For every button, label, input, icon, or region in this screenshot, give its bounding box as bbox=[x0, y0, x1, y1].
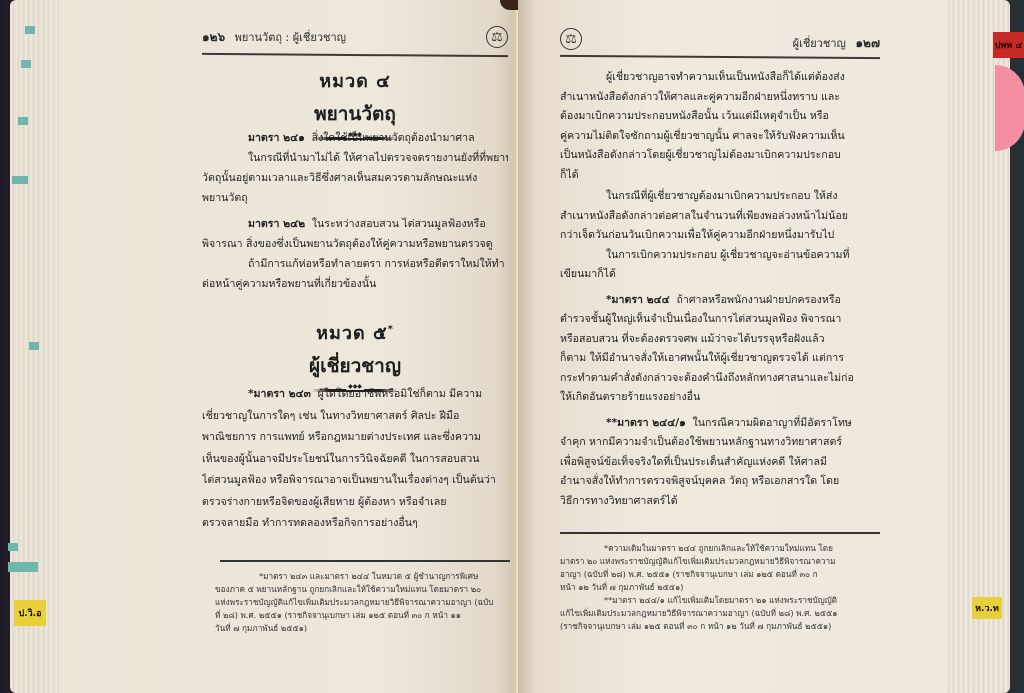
red-index-tab[interactable]: ปพพ ๔ bbox=[993, 32, 1024, 58]
footnote-rule bbox=[560, 532, 880, 534]
right-body: ผู้เชี่ยวชาญอาจทำความเห็นเป็นหนังสือก็ได… bbox=[560, 68, 880, 517]
index-tab[interactable] bbox=[18, 117, 28, 125]
left-running-head: ๑๒๖ พยานวัตถุ : ผู้เชี่ยวชาญ ⚖ bbox=[202, 28, 508, 56]
header-rule bbox=[560, 55, 880, 59]
right-running-title: ผู้เชี่ยวชาญ bbox=[793, 37, 846, 50]
right-running-head: ⚖ ผู้เชี่ยวชาญ ๑๒๗ bbox=[560, 30, 880, 58]
index-tab[interactable] bbox=[8, 543, 18, 551]
index-tab[interactable] bbox=[21, 60, 31, 68]
index-tab[interactable] bbox=[29, 342, 39, 350]
section-label: *มาตรา ๒๔๓ bbox=[248, 388, 311, 400]
header-rule bbox=[202, 53, 508, 57]
chapter-5-heading: หมวด ๕* ผู้เชี่ยวชาญ bbox=[200, 318, 510, 392]
expert-opinion-paragraph: ผู้เชี่ยวชาญอาจทำความเห็นเป็นหนังสือก็ได… bbox=[560, 68, 880, 185]
sticky-tab-right[interactable]: ห.ว.ท bbox=[972, 597, 1002, 619]
left-running-title: พยานวัตถุ : ผู้เชี่ยวชาญ bbox=[235, 31, 346, 44]
section-243: *มาตรา ๒๔๓ ผู้ใดโดยอาชีพหรือมิใช่ก็ตาม ม… bbox=[202, 384, 508, 535]
pink-page-flag[interactable] bbox=[995, 65, 1024, 151]
left-body-bottom: *มาตรา ๒๔๓ ผู้ใดโดยอาชีพหรือมิใช่ก็ตาม ม… bbox=[202, 384, 508, 541]
section-242: มาตรา ๒๔๒ ในระหว่างสอบสวน ไต่สวนมูลฟ้องห… bbox=[202, 214, 508, 294]
open-book: ๑๒๖ พยานวัตถุ : ผู้เชี่ยวชาญ ⚖ หมวด ๔ พย… bbox=[10, 0, 1010, 693]
right-page: ⚖ ผู้เชี่ยวชาญ ๑๒๗ ผู้เชี่ยวชาญอาจทำความ… bbox=[518, 0, 948, 693]
gavel-icon: ⚖ bbox=[486, 26, 508, 48]
chapter-title: ผู้เชี่ยวชาญ bbox=[200, 351, 510, 381]
testimony-paragraph: ในกรณีที่ผู้เชี่ยวชาญต้องมาเบิกความประกอ… bbox=[560, 187, 880, 285]
section-244-1: **มาตรา ๒๔๔/๑ ในกรณีความผิดอาญาที่มีอัตร… bbox=[560, 414, 880, 512]
index-tab[interactable] bbox=[12, 176, 28, 184]
chapter-title: พยานวัตถุ bbox=[200, 99, 510, 129]
index-tab[interactable] bbox=[8, 562, 38, 572]
chapter-number: หมวด ๔ bbox=[200, 66, 510, 95]
chapter-number: หมวด ๕ bbox=[316, 323, 387, 344]
right-folio: ๑๒๗ bbox=[855, 36, 880, 50]
section-244: *มาตรา ๒๔๔ ถ้าศาลหรือพนักงานฝ่ายปกครองหร… bbox=[560, 291, 880, 408]
left-footnote: *มาตรา ๒๔๓ และมาตรา ๒๔๔ ในหมวด ๕ ผู้ชำนา… bbox=[215, 570, 510, 635]
footnote-marker: * bbox=[388, 324, 394, 335]
section-label: *มาตรา ๒๔๔ bbox=[606, 294, 670, 306]
index-tab[interactable] bbox=[25, 26, 35, 34]
footnote-rule bbox=[220, 560, 510, 562]
section-241: มาตรา ๒๔๑ สิ่งใดใช้เป็นพยานวัตถุต้องนำมา… bbox=[202, 128, 508, 208]
sticky-tab-left[interactable]: ป.วิ.อ bbox=[14, 600, 46, 626]
left-body-top: มาตรา ๒๔๑ สิ่งใดใช้เป็นพยานวัตถุต้องนำมา… bbox=[202, 128, 508, 300]
gavel-icon: ⚖ bbox=[560, 28, 582, 50]
section-label: มาตรา ๒๔๑ bbox=[248, 132, 305, 144]
right-footnotes: *ความเดิมในมาตรา ๒๔๔ ถูกยกเลิกและให้ใช้ค… bbox=[560, 542, 885, 633]
left-page: ๑๒๖ พยานวัตถุ : ผู้เชี่ยวชาญ ⚖ หมวด ๔ พย… bbox=[60, 0, 518, 693]
left-folio: ๑๒๖ bbox=[202, 30, 225, 44]
section-label: มาตรา ๒๔๒ bbox=[248, 218, 305, 230]
section-label: **มาตรา ๒๔๔/๑ bbox=[606, 417, 686, 429]
